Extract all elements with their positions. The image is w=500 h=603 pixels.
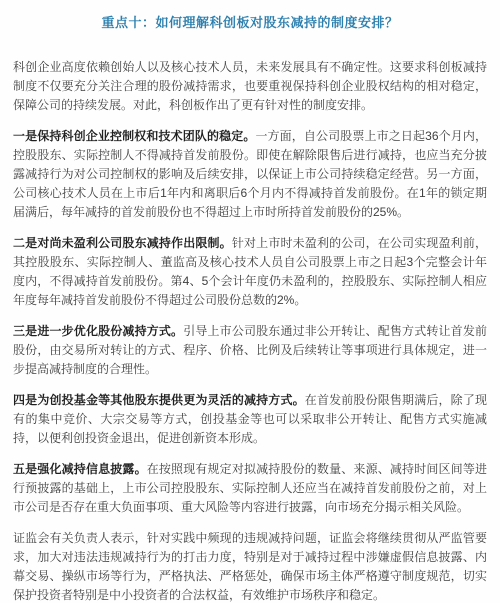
article-body: 科创企业高度依赖创始人以及核心技术人员，未来发展具有不确定性。这要求科创板减持制…	[13, 58, 487, 603]
article-title: 重点十：如何理解科创板对股东减持的制度安排？	[13, 12, 487, 31]
paragraph: 一是保持科创企业控制权和技术团队的稳定。一方面，自公司股票上市之日起36个月内，…	[13, 127, 487, 222]
paragraph-lead: 四是为创投基金等其他股东提供更为灵活的减持方式。	[13, 393, 305, 407]
paragraph: 证监会有关负责人表示，针对实践中频现的违规减持问题，证监会将继续贯彻从严监管要求…	[13, 529, 487, 603]
paragraph: 二是对尚未盈利公司股东减持作出限制。针对上市时未盈利的公司，在公司实现盈利前，其…	[13, 234, 487, 310]
paragraph-lead: 一是保持科创企业控制权和技术团队的稳定。	[13, 129, 255, 143]
paragraph-text: 科创企业高度依赖创始人以及核心技术人员，未来发展具有不确定性。这要求科创板减持制…	[13, 60, 487, 112]
paragraph: 三是进一步优化股份减持方式。引导上市公司股东通过非公开转让、配售方式转让首发前股…	[13, 322, 487, 379]
paragraph-lead: 二是对尚未盈利公司股东减持作出限制。	[13, 236, 232, 250]
paragraph-lead: 五是强化减持信息披露。	[13, 462, 147, 476]
paragraph-lead: 三是进一步优化股份减持方式。	[13, 324, 183, 338]
paragraph: 四是为创投基金等其他股东提供更为灵活的减持方式。在首发前股份限售期满后，除了现有…	[13, 391, 487, 448]
paragraph: 五是强化减持信息披露。在按照现有规定对拟减持股份的数量、来源、减持时间区间等进行…	[13, 460, 487, 517]
paragraph: 科创企业高度依赖创始人以及核心技术人员，未来发展具有不确定性。这要求科创板减持制…	[13, 58, 487, 115]
article-page: 重点十：如何理解科创板对股东减持的制度安排？ 科创企业高度依赖创始人以及核心技术…	[0, 0, 500, 603]
paragraph-text: 证监会有关负责人表示，针对实践中频现的违规减持问题，证监会将继续贯彻从严监管要求…	[13, 531, 487, 602]
